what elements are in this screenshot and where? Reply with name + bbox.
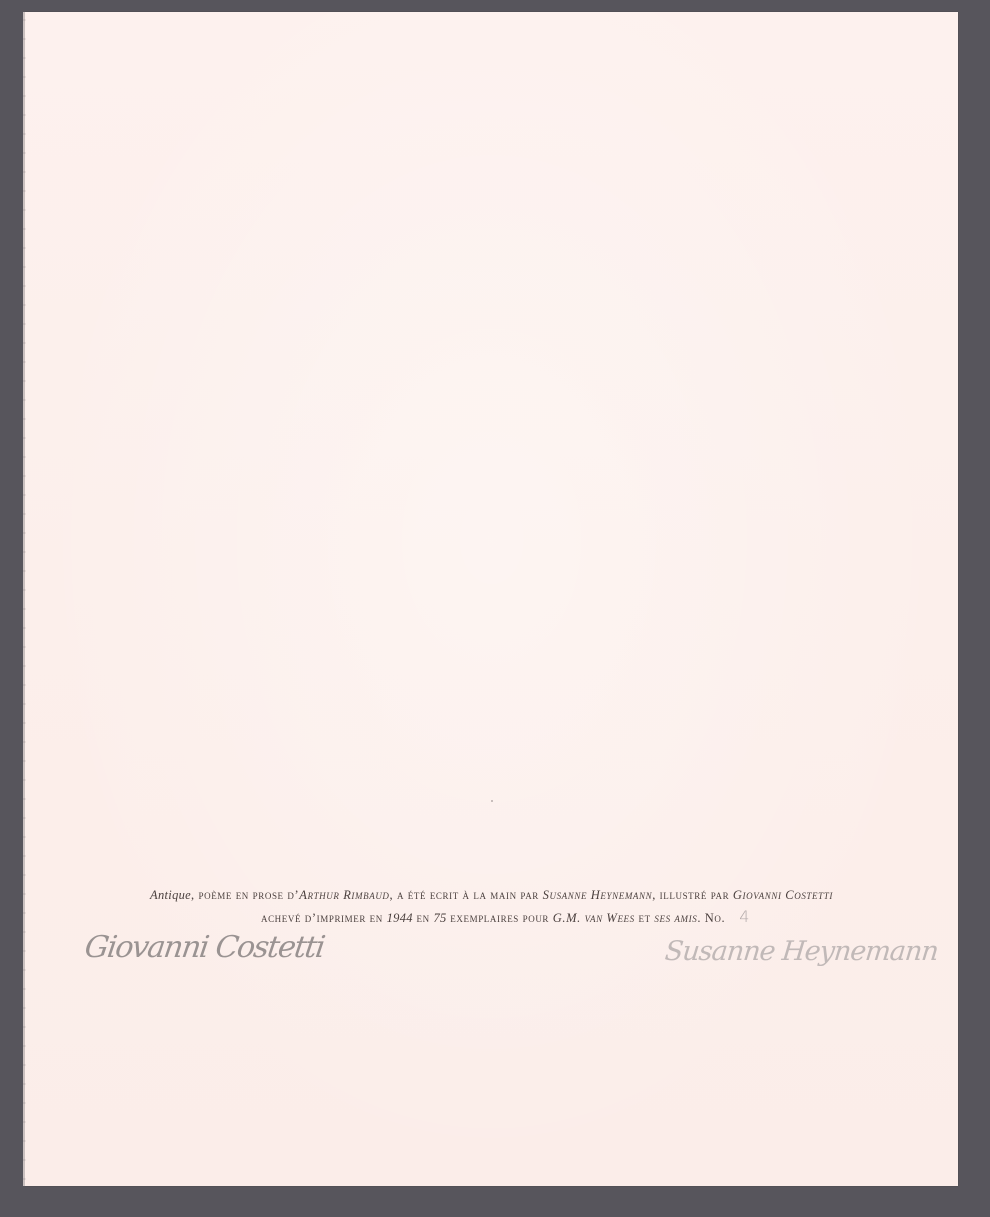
handwritten-copy-number: 4: [739, 907, 750, 926]
author-name: Arthur Rimbaud: [299, 888, 389, 902]
recipient-friends: ses amis: [654, 911, 697, 925]
colophon-text: en: [413, 911, 434, 925]
scribe-name: Susanne Heynemann: [543, 888, 653, 902]
paper-sheet: Antique, poème en prose d’Arthur Rimbaud…: [25, 12, 958, 1186]
colophon-line-2: achevé d’imprimer en 1944 en 75 exemplai…: [25, 906, 958, 929]
recipient-name: G.M. van Wees: [553, 911, 635, 925]
copy-count: 75: [433, 911, 446, 925]
colophon-text: poème en prose d’: [198, 888, 299, 902]
colophon-text: et: [635, 911, 655, 925]
colophon-text: , a été ecrit à la main par: [390, 888, 543, 902]
poem-title: Antique: [150, 888, 191, 902]
colophon-text: , illustré par: [652, 888, 733, 902]
signature-costetti: Giovanni Costetti: [83, 930, 327, 965]
colophon-text: exemplaires pour: [447, 911, 553, 925]
signature-heynemann: Susanne Heynemann: [663, 936, 939, 967]
colophon: Antique, poème en prose d’Arthur Rimbaud…: [25, 884, 958, 929]
colophon-line-1: Antique, poème en prose d’Arthur Rimbaud…: [25, 884, 958, 906]
number-label: . No.: [697, 911, 725, 925]
colophon-text: achevé d’imprimer en: [261, 911, 387, 925]
illustrator-name: Giovanni Costetti: [733, 888, 833, 902]
paper-speck: [491, 800, 493, 802]
print-year: 1944: [387, 911, 413, 925]
